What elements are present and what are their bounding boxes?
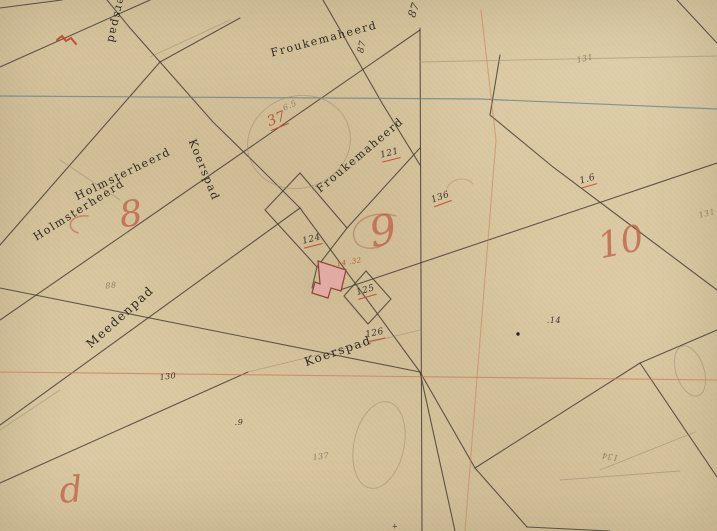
section-number: 8	[117, 196, 145, 235]
parcel-boundary-line	[527, 527, 610, 531]
parcel-boundary-line	[420, 28, 422, 531]
parcel-boundary-line	[420, 372, 455, 531]
pencil-sketch-line	[150, 20, 230, 57]
parcel-number: +	[392, 524, 398, 531]
parcel-number-text: 88	[105, 280, 117, 290]
parcel-boundary-line	[0, 208, 300, 425]
parcel-number-text: +	[392, 523, 398, 531]
pencil-sketch-line	[560, 471, 680, 480]
section-number: 10	[595, 221, 647, 266]
blue-survey-line	[0, 96, 717, 109]
pencil-ellipse-sketch	[235, 82, 362, 202]
parcel-boundary-line	[677, 0, 717, 43]
red-survey-line-horizontal	[0, 372, 717, 380]
parcel-number-text: .14	[547, 316, 561, 325]
red-survey-line-vertical	[477, 10, 496, 378]
parcel-number: 134	[601, 451, 619, 462]
faint-brown-arc	[447, 179, 473, 188]
parcel-boundary-line	[0, 288, 420, 372]
parcel-boundary-line	[0, 0, 62, 8]
parcel-number-text: .9	[235, 418, 244, 427]
parcel-boundary-line	[344, 271, 391, 324]
parcel-number: 88	[105, 281, 117, 290]
survey-point-dot	[516, 332, 519, 335]
map-canvas: KoerspadKoerspadKoerspadMeedenpadHolmste…	[0, 0, 717, 531]
parcel-boundary-line	[420, 372, 527, 527]
parcel-boundary-line	[265, 173, 347, 267]
parcel-boundary-line	[0, 372, 248, 483]
pencil-sketch-line	[420, 56, 717, 62]
pencil-sketch-line	[600, 432, 695, 470]
parcel-boundary-line	[0, 0, 150, 67]
parcel-number: .9	[235, 419, 244, 427]
pencil-sketch-line	[0, 390, 60, 430]
pencil-ellipse-sketch	[345, 397, 412, 493]
section-number: d	[58, 472, 84, 510]
parcel-boundary-line	[640, 330, 717, 363]
parcel-number: .14	[547, 317, 561, 325]
parcel-boundary-line	[340, 163, 717, 290]
pencil-ellipse-sketch	[669, 342, 712, 400]
parcel-boundary-line	[160, 18, 240, 62]
